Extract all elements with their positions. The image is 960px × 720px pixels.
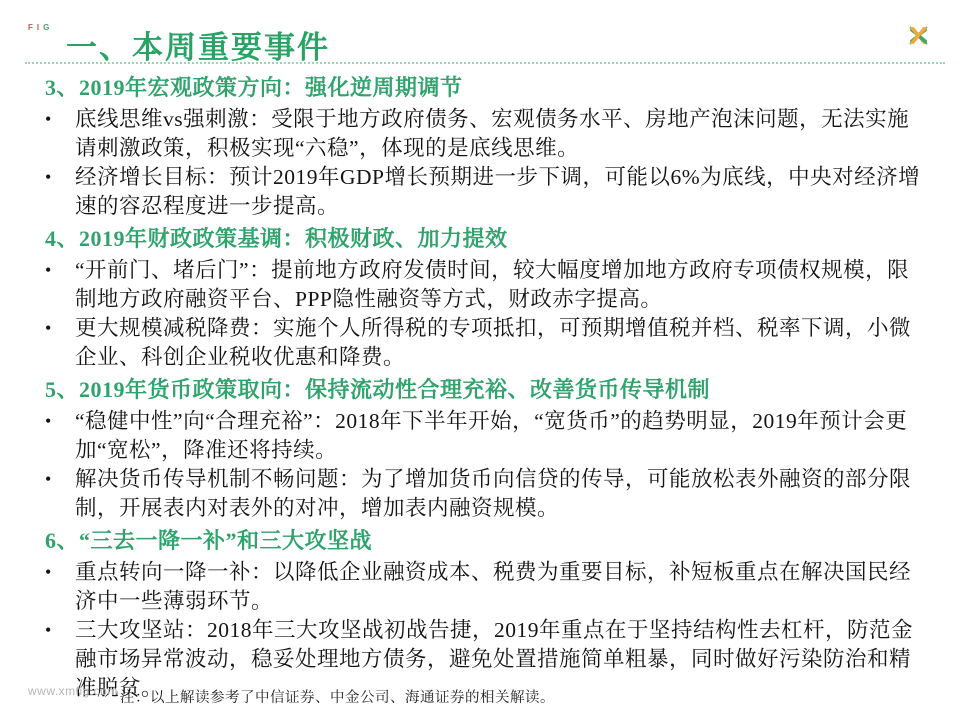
bullet-item: • 更大规模减税降费：实施个人所得税的专项抵扣，可预期增值税并档、税率下调，小微… — [45, 314, 923, 372]
page-title: 一、本周重要事件 — [66, 22, 330, 67]
bullet-text: 底线思维vs强刺激：受限于地方政府债务、宏观债务水平、房地产泡沫问题，无法实施请… — [75, 105, 923, 163]
section-5: 5、2019年货币政策取向：保持流动性合理充裕、改善货币传导机制 • “稳健中性… — [45, 375, 923, 523]
bullet-text: 更大规模减税降费：实施个人所得税的专项抵扣，可预期增值税并档、税率下调，小微企业… — [75, 314, 923, 372]
section-heading: 4、2019年财政政策基调：积极财政、加力提效 — [45, 224, 923, 254]
title-divider — [25, 62, 945, 64]
section-heading: 3、2019年宏观政策方向：强化逆周期调节 — [45, 73, 923, 103]
bullet-text: 经济增长目标：预计2019年GDP增长预期进一步下调，可能以6%为底线，中央对经… — [75, 163, 923, 221]
bullet-dot-icon: • — [45, 407, 75, 436]
bullet-text: 重点转向一降一补：以降低企业融资成本、税费为重要目标，补短板重点在解决国民经济中… — [75, 558, 923, 616]
section-heading: 5、2019年货币政策取向：保持流动性合理充裕、改善货币传导机制 — [45, 375, 923, 405]
bullet-item: • 解决货币传导机制不畅问题：为了增加货币向信贷的传导，可能放松表外融资的部分限… — [45, 465, 923, 523]
section-4: 4、2019年财政政策基调：积极财政、加力提效 • “开前门、堵后门”：提前地方… — [45, 224, 923, 372]
logo-letter-f: F — [28, 23, 37, 32]
content: 3、2019年宏观政策方向：强化逆周期调节 • 底线思维vs强刺激：受限于地方政… — [45, 70, 923, 703]
bullet-dot-icon: • — [45, 558, 75, 587]
watermark: www.xmfig.com — [28, 684, 118, 698]
section-6: 6、“三去一降一补”和三大攻坚战 • 重点转向一降一补：以降低企业融资成本、税费… — [45, 526, 923, 703]
bullet-text: “开前门、堵后门”：提前地方政府发债时间，较大幅度增加地方政府专项债权规模，限制… — [75, 256, 923, 314]
fig-logo: FIG — [28, 23, 53, 32]
logo-letter-g: G — [43, 23, 53, 32]
bullet-item: • “开前门、堵后门”：提前地方政府发债时间，较大幅度增加地方政府专项债权规模，… — [45, 256, 923, 314]
bullet-text: 解决货币传导机制不畅问题：为了增加货币向信贷的传导，可能放松表外融资的部分限制，… — [75, 465, 923, 523]
bullet-item: • 底线思维vs强刺激：受限于地方政府债务、宏观债务水平、房地产泡沫问题，无法实… — [45, 105, 923, 163]
section-heading: 6、“三去一降一补”和三大攻坚战 — [45, 526, 923, 556]
footnote: 注：以上解读参考了中信证券、中金公司、海通证券的相关解读。 — [120, 686, 555, 707]
bullet-dot-icon: • — [45, 256, 75, 285]
bullet-dot-icon: • — [45, 314, 75, 343]
bullet-dot-icon: • — [45, 105, 75, 134]
bullet-text: “稳健中性”向“合理充裕”：2018年下半年开始，“宽货币”的趋势明显，2019… — [75, 407, 923, 465]
bullet-dot-icon: • — [45, 465, 75, 494]
bullet-dot-icon: • — [45, 616, 75, 645]
bullet-dot-icon: • — [45, 163, 75, 192]
bullet-item: • 经济增长目标：预计2019年GDP增长预期进一步下调，可能以6%为底线，中央… — [45, 163, 923, 221]
bullet-item: • “稳健中性”向“合理充裕”：2018年下半年开始，“宽货币”的趋势明显，20… — [45, 407, 923, 465]
pinwheel-logo-icon — [907, 24, 930, 47]
section-3: 3、2019年宏观政策方向：强化逆周期调节 • 底线思维vs强刺激：受限于地方政… — [45, 73, 923, 221]
slide: FIG 一、本周重要事件 3、2019年宏观政策方向：强化逆周期调节 • 底线思… — [0, 0, 960, 720]
bullet-item: • 重点转向一降一补：以降低企业融资成本、税费为重要目标，补短板重点在解决国民经… — [45, 558, 923, 616]
